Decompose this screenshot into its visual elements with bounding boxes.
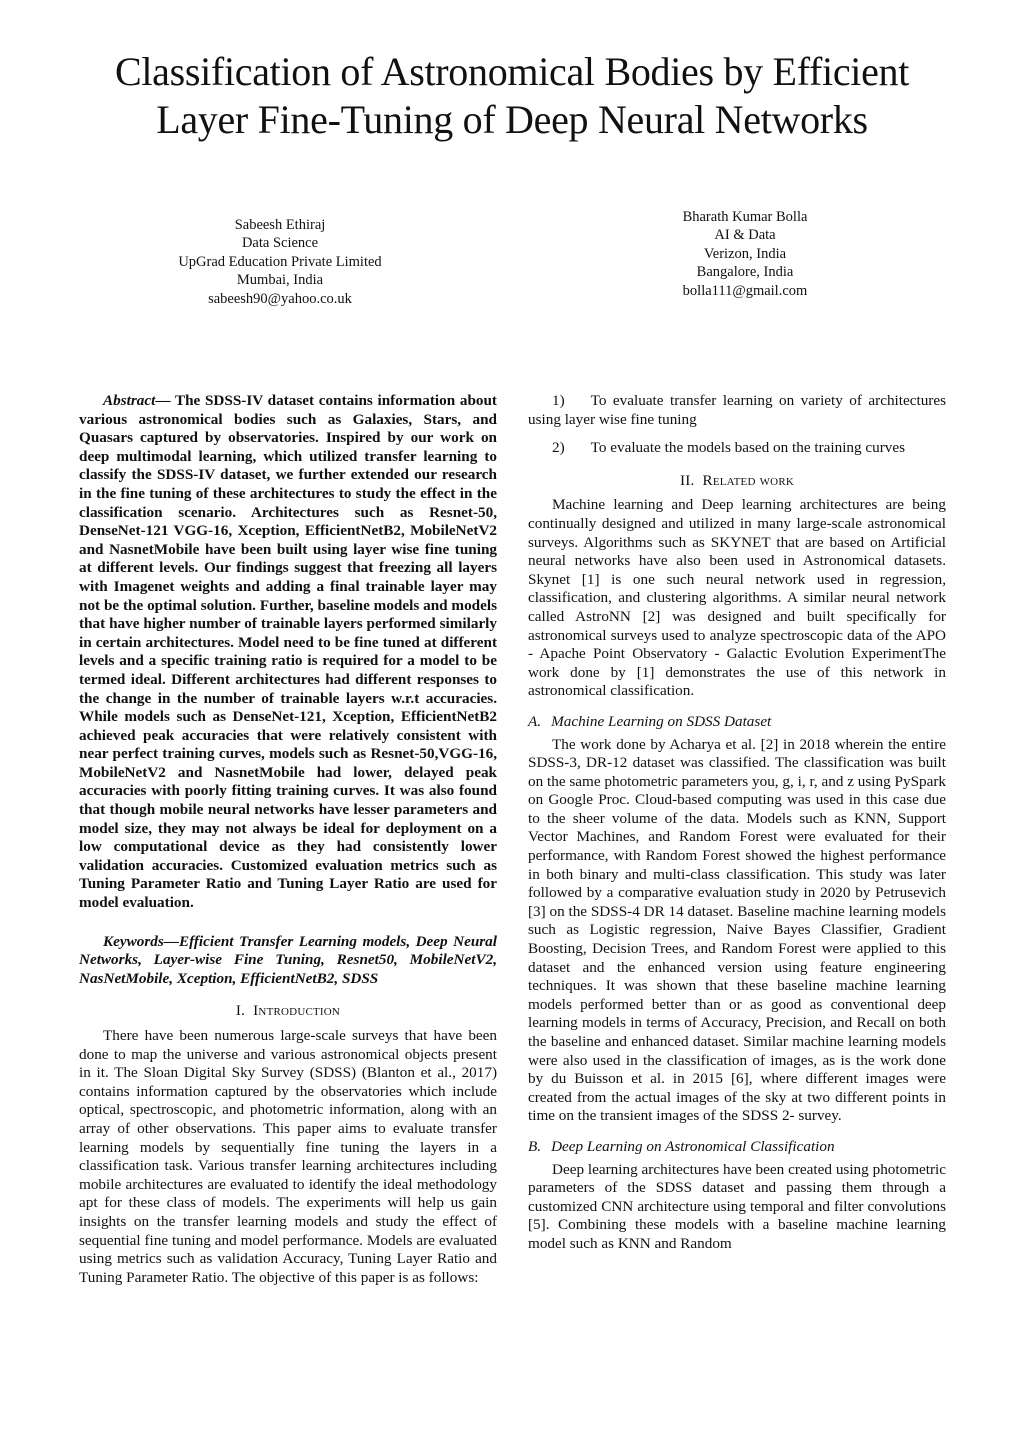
author-name: Bharath Kumar Bolla <box>615 208 875 226</box>
subsection-title: Deep Learning on Astronomical Classifica… <box>551 1138 835 1155</box>
section-title: Related work <box>703 472 794 489</box>
section-number: II. <box>680 472 695 489</box>
objective-number: 1) <box>552 392 565 409</box>
author-location: Bangalore, India <box>615 263 875 281</box>
author-email: bolla111@gmail.com <box>615 282 875 300</box>
title-line-2: Layer Fine-Tuning of Deep Neural Network… <box>60 96 964 144</box>
abstract-dash: — <box>155 392 170 409</box>
ml-sdss-paragraph: The work done by Acharya et al. [2] in 2… <box>528 736 946 1126</box>
abstract: Abstract— The SDSS-IV dataset contains i… <box>79 392 497 913</box>
objective-number: 2) <box>552 439 565 456</box>
author-organization: UpGrad Education Private Limited <box>150 253 410 271</box>
objective-text: To evaluate transfer learning on variety… <box>528 392 946 428</box>
subsection-letter: B. <box>528 1138 541 1155</box>
subsection-heading-ml-sdss: A.Machine Learning on SDSS Dataset <box>528 713 946 732</box>
objective-item-1: 1)To evaluate transfer learning on varie… <box>528 392 946 429</box>
author-block-2: Bharath Kumar Bolla AI & Data Verizon, I… <box>615 208 875 300</box>
right-column: 1)To evaluate transfer learning on varie… <box>528 392 946 1254</box>
author-email: sabeesh90@yahoo.co.uk <box>150 290 410 308</box>
section-heading-related-work: II.Related work <box>528 472 946 491</box>
section-number: I. <box>236 1002 245 1019</box>
abstract-text: The SDSS-IV dataset contains information… <box>79 392 497 911</box>
subsection-letter: A. <box>528 713 541 730</box>
author-department: Data Science <box>150 234 410 252</box>
author-location: Mumbai, India <box>150 271 410 289</box>
author-name: Sabeesh Ethiraj <box>150 216 410 234</box>
title-line-1: Classification of Astronomical Bodies by… <box>60 48 964 96</box>
introduction-paragraph: There have been numerous large-scale sur… <box>79 1027 497 1287</box>
abstract-label: Abstract <box>103 392 155 409</box>
objective-text: To evaluate the models based on the trai… <box>591 439 905 456</box>
section-title: Introduction <box>253 1002 340 1019</box>
section-heading-introduction: I.Introduction <box>79 1002 497 1021</box>
left-column: Abstract— The SDSS-IV dataset contains i… <box>79 392 497 1287</box>
author-block-1: Sabeesh Ethiraj Data Science UpGrad Educ… <box>150 216 410 308</box>
subsection-heading-dl-astro: B.Deep Learning on Astronomical Classifi… <box>528 1138 946 1157</box>
dl-astro-paragraph: Deep learning architectures have been cr… <box>528 1161 946 1254</box>
subsection-title: Machine Learning on SDSS Dataset <box>551 713 771 730</box>
author-organization: Verizon, India <box>615 245 875 263</box>
keywords: Keywords—Efficient Transfer Learning mod… <box>79 933 497 989</box>
objective-item-2: 2)To evaluate the models based on the tr… <box>528 439 946 458</box>
author-department: AI & Data <box>615 226 875 244</box>
paper-title: Classification of Astronomical Bodies by… <box>60 48 964 144</box>
related-work-paragraph: Machine learning and Deep learning archi… <box>528 496 946 701</box>
